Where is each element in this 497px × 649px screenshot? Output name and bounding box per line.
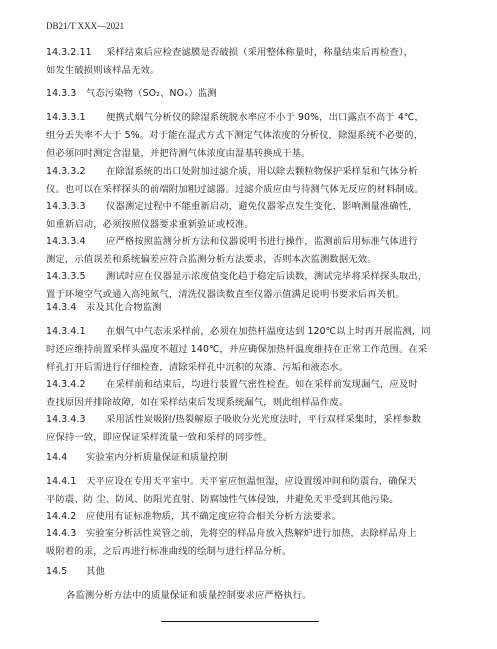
clause-number: 14.4.3 xyxy=(46,528,86,540)
clause-continuation: 平防震、防 尘、防风、防阳光直射、防腐蚀性气体侵蚀，并避免天平受到其他污染。 xyxy=(46,494,442,506)
closing-paragraph: 各监测分析方法中的质量保证和质量控制要求应严格执行。 xyxy=(46,590,462,602)
clause-text: 仪器测定过程中不能重新启动，避免仪器零点发生变化，影响测量准确性， xyxy=(106,201,418,212)
heading-title: 气态污染物（SO₂、NOₓ）监测 xyxy=(86,88,217,99)
heading-title: 汞及其化合物监测 xyxy=(86,302,162,313)
clause-14-3-3-3: 14.3.3.3仪器测定过程中不能重新启动，避免仪器零点发生变化，影响测量准确性… xyxy=(46,201,442,213)
clause-text: 测试时应在仪器显示浓度值变化趋于稳定后读数，测试完毕将采样探头取出， xyxy=(106,271,427,282)
clause-number: 14.3.4.2 xyxy=(46,379,106,391)
clause-text: 在烟气中气态汞采样前，必须在加热杆温度达到 120℃以上时再开展监测，同 xyxy=(106,326,431,337)
clause-14-3-3-4: 14.3.3.4应严格按照监测分析方法和仪器说明书进行操作，监测前后用标准气体进… xyxy=(46,236,442,248)
clause-continuation: 如重新启动，必须按照仪器要求重新验证或校准。 xyxy=(46,219,442,231)
clause-continuation: 应保持一致，即应保证采样流量一致和采样的同步性。 xyxy=(46,432,442,444)
clause-14-4-2: 14.4.2应使用有证标准物质，其不确定度应符合相关分析方法要求。 xyxy=(46,511,442,523)
clause-number: 14.4.1 xyxy=(46,476,86,488)
clause-number: 14.3.4.1 xyxy=(46,326,106,338)
clause-text: 应使用有证标准物质，其不确定度应符合相关分析方法要求。 xyxy=(86,511,341,522)
heading-number: 14.5 xyxy=(46,566,86,578)
clause-14-3-4-3: 14.3.4.3采用活性炭吸附/热裂解原子吸收分光光度法时，平行双样采集时，采样… xyxy=(46,414,442,426)
heading-14-3-4: 14.3.4汞及其化合物监测 xyxy=(46,302,442,314)
clause-number: 14.3.4.3 xyxy=(46,414,106,426)
heading-number: 14.3.3 xyxy=(46,88,86,100)
clause-continuation: 如发生破损则该样品无效。 xyxy=(46,65,442,77)
end-of-document-rule xyxy=(161,621,319,622)
clause-14-4-1: 14.4.1天平应设在专用天平室中。天平室应恒温恒湿，应设置缓冲间和防震台，确保… xyxy=(46,476,442,488)
document-page: DB21/T XXX—2021 14.3.2.11采样结束后应检查滤膜是否破损（… xyxy=(0,0,497,649)
clause-14-3-2-11: 14.3.2.11采样结束后应检查滤膜是否破损（采用整体称量时，称量结束后再检查… xyxy=(46,47,442,59)
clause-continuation: 仪。也可以在采样探头的前端附加粗过滤器。过滤介质应由与待测气体无反应的材料制成。 xyxy=(46,184,442,196)
clause-14-3-4-1: 14.3.4.1在烟气中气态汞采样前，必须在加热杆温度达到 120℃以上时再开展… xyxy=(46,326,442,338)
heading-14-5: 14.5其他 xyxy=(46,566,442,578)
clause-14-3-3-2: 14.3.3.2在除湿系统的出口处附加过滤介质，用以除去颗粒物保护采样泵和气体分… xyxy=(46,166,442,178)
clause-continuation: 吸附着的汞，之后再进行标准曲线的绘制与进行样品分析。 xyxy=(46,546,442,558)
clause-text: 应严格按照监测分析方法和仪器说明书进行操作，监测前后用标准气体进行 xyxy=(106,236,418,247)
clause-text: 在采样前和结束后，均进行装置气密性检查。如在采样前发现漏气，应及时 xyxy=(106,379,418,390)
clause-number: 14.3.3.3 xyxy=(46,201,106,213)
clause-number: 14.3.3.1 xyxy=(46,112,106,124)
clause-text: 实验室分析活性炭管之前，先将空的样品舟放入热解炉进行加热，去除样品舟上 xyxy=(86,528,417,539)
clause-text: 便携式烟气分析仪的除湿系统脱水率应不小于 90%，出口露点不高于 4℃， xyxy=(106,112,424,123)
clause-number: 14.3.2.11 xyxy=(46,47,106,59)
clause-number: 14.3.3.2 xyxy=(46,166,106,178)
heading-title: 实验室内分析质量保证和质量控制 xyxy=(86,452,228,463)
clause-continuation: 组分丢失率不大于 5%。对于能在湿式方式下测定气体浓度的分析仪，除湿系统不必要的… xyxy=(46,130,442,142)
clause-text: 在除湿系统的出口处附加过滤介质，用以除去颗粒物保护采样泵和气体分析 xyxy=(106,166,418,177)
document-code-header: DB21/T XXX—2021 xyxy=(46,21,124,31)
heading-number: 14.4 xyxy=(46,452,86,464)
clause-text: 采样结束后应检查滤膜是否破损（采用整体称量时，称量结束后再检查）， xyxy=(106,47,413,58)
heading-number: 14.3.4 xyxy=(46,302,86,314)
clause-number: 14.3.3.5 xyxy=(46,271,106,283)
clause-continuation: 但必须同时测定含湿量，并把待测气体浓度由湿基转换成干基。 xyxy=(46,148,442,160)
clause-number: 14.4.2 xyxy=(46,511,86,523)
clause-14-3-4-2: 14.3.4.2在采样前和结束后，均进行装置气密性检查。如在采样前发现漏气，应及… xyxy=(46,379,442,391)
heading-title: 其他 xyxy=(86,566,105,577)
heading-14-3-3: 14.3.3气态污染物（SO₂、NOₓ）监测 xyxy=(46,88,442,100)
clause-text: 采用活性炭吸附/热裂解原子吸收分光光度法时，平行双样采集时，采样参数 xyxy=(106,414,421,425)
clause-number: 14.3.3.4 xyxy=(46,236,106,248)
clause-continuation: 样孔打开后需进行仔细检查，清除采样孔中沉积的灰漆、污垢和液态水。 xyxy=(46,362,442,374)
clause-14-3-3-5: 14.3.3.5测试时应在仪器显示浓度值变化趋于稳定后读数，测试完毕将采样探头取… xyxy=(46,271,442,283)
clause-continuation: 置于环境空气或通入高纯氮气，清洗仪器读数直至仪器示值满足说明书要求后再关机。 xyxy=(46,289,442,301)
clause-text: 天平应设在专用天平室中。天平室应恒温恒湿，应设置缓冲间和防震台，确保天 xyxy=(86,476,417,487)
clause-continuation: 查找原因并排除故障，如在采样结束后发现系统漏气，则此组样品作废。 xyxy=(46,397,442,409)
clause-continuation: 测定，示值误差和系统偏差应符合监测分析方法要求，否则本次监测数据无效。 xyxy=(46,254,442,266)
heading-14-4: 14.4实验室内分析质量保证和质量控制 xyxy=(46,452,442,464)
clause-continuation: 时还应维持前置采样头温度不超过 140℃，并应确保加热杆温度维持在正常工作范围。… xyxy=(46,344,442,356)
clause-14-4-3: 14.4.3实验室分析活性炭管之前，先将空的样品舟放入热解炉进行加热，去除样品舟… xyxy=(46,528,442,540)
clause-14-3-3-1: 14.3.3.1便携式烟气分析仪的除湿系统脱水率应不小于 90%，出口露点不高于… xyxy=(46,112,442,124)
